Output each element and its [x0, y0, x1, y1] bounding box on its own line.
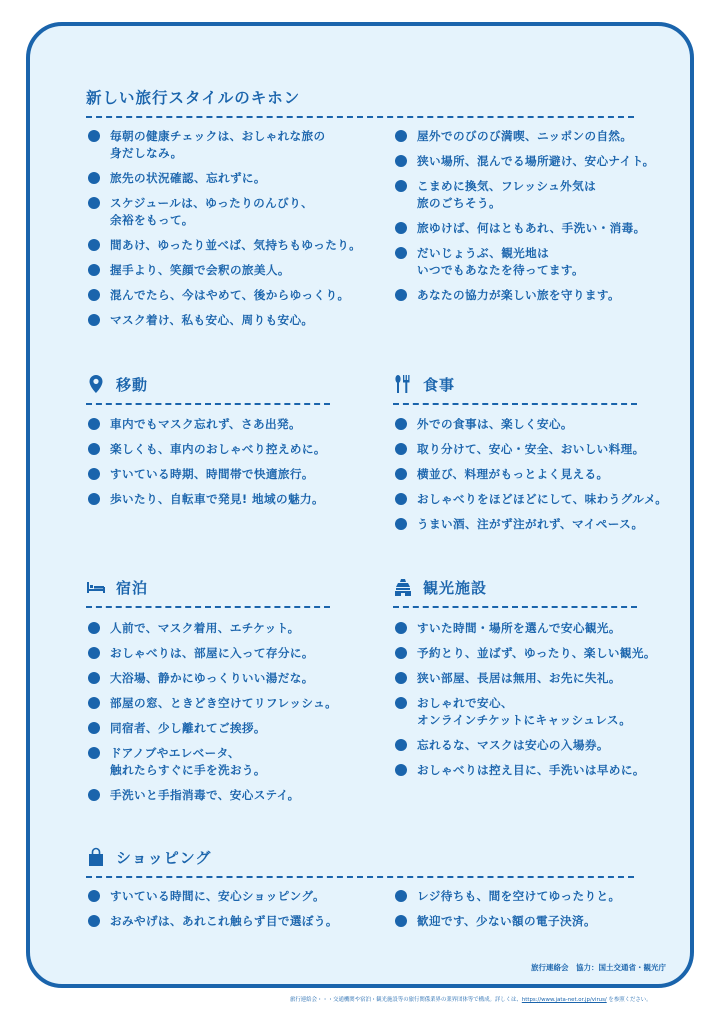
- item-text: おしゃべりは控え目に、手洗いは早めに。: [417, 763, 645, 777]
- item-text: 取り分けて、安心・安全、おいしい料理。: [417, 442, 645, 456]
- bullet-icon: [88, 443, 100, 455]
- item-text: おしゃべりをほどほどにして、味わうグルメ。: [417, 492, 667, 506]
- bullet-icon: [88, 130, 100, 142]
- item-text: 歩いたり、自転車で発見! 地域の魅力。: [110, 492, 324, 506]
- list-item: スケジュールは、ゆったりのんびり、 余裕をもって。: [86, 195, 386, 229]
- dashed-divider: [86, 606, 330, 608]
- list-item: 大浴場、静かにゆっくりいい湯だな。: [86, 670, 376, 687]
- item-text: すいている時期、時間帯で快適旅行。: [110, 467, 314, 481]
- bullet-icon: [395, 468, 407, 480]
- item-text: マスク着け、私も安心、周りも安心。: [110, 313, 313, 327]
- section-lodging: 宿泊: [86, 574, 330, 608]
- list-item: すいている時期、時間帯で快適旅行。: [86, 466, 376, 483]
- list-item: あなたの協力が楽しい旅を守ります。: [393, 287, 693, 304]
- footer-link[interactable]: https://www.jata-net.or.jp/virus/: [522, 997, 607, 1003]
- list-item: こまめに換気、フレッシュ外気は 旅のごちそう。: [393, 178, 693, 212]
- basics-left-list: 毎朝の健康チェックは、おしゃれな旅の 身だしなみ。旅先の状況確認、忘れずに。スケ…: [86, 128, 386, 337]
- list-item: 取り分けて、安心・安全、おいしい料理。: [393, 441, 693, 458]
- list-item: おしゃれで安心、 オンラインチケットにキャッシュレス。: [393, 695, 693, 729]
- item-text: すいている時間に、安心ショッピング。: [110, 889, 325, 903]
- bullet-icon: [395, 890, 407, 902]
- list-item: 外での食事は、楽しく安心。: [393, 416, 693, 433]
- list-item: レジ待ちも、間を空けてゆったりと。: [393, 888, 693, 905]
- list-item: おしゃべりをほどほどにして、味わうグルメ。: [393, 491, 693, 508]
- list-item: 同宿者、少し離れてご挨拶。: [86, 720, 376, 737]
- shopping-left-list: すいている時間に、安心ショッピング。おみやげは、あれこれ触らず目で選ぼう。: [86, 888, 386, 938]
- bullet-icon: [88, 722, 100, 734]
- list-item: 混んでたら、今はやめて、後からゆっくり。: [86, 287, 386, 304]
- item-text: うまい酒、注がず注がれず、マイペース。: [417, 517, 644, 531]
- bullet-icon: [395, 443, 407, 455]
- item-text: おしゃれで安心、 オンラインチケットにキャッシュレス。: [417, 696, 631, 727]
- list-item: 旅ゆけば、何はともあれ、手洗い・消毒。: [393, 220, 693, 237]
- list-item: 車内でもマスク忘れず、さあ出発。: [86, 416, 376, 433]
- list-item: おみやげは、あれこれ触らず目で選ぼう。: [86, 913, 386, 930]
- lodging-list: 人前で、マスク着用、エチケット。おしゃべりは、部屋に入って存分に。大浴場、静かに…: [86, 620, 376, 812]
- dashed-divider: [86, 403, 330, 405]
- bullet-icon: [88, 622, 100, 634]
- transport-list: 車内でもマスク忘れず、さあ出発。楽しくも、車内のおしゃべり控えめに。すいている時…: [86, 416, 376, 516]
- bullet-icon: [395, 672, 407, 684]
- bullet-icon: [395, 247, 407, 259]
- section-title: 新しい旅行スタイルのキホン: [86, 84, 634, 110]
- item-text: すいた時間・場所を選んで安心観光。: [417, 621, 621, 635]
- list-item: 狭い部屋、長居は無用、お先に失礼。: [393, 670, 693, 687]
- bullet-icon: [395, 697, 407, 709]
- bullet-icon: [395, 518, 407, 530]
- item-text: 横並び、料理がもっとよく見える。: [417, 467, 608, 481]
- item-text: ドアノブやエレベータ、 触れたらすぐに手を洗おう。: [110, 746, 266, 777]
- list-item: すいている時間に、安心ショッピング。: [86, 888, 386, 905]
- section-title: 観光施設: [423, 577, 487, 598]
- list-item: すいた時間・場所を選んで安心観光。: [393, 620, 693, 637]
- bullet-icon: [88, 239, 100, 251]
- bullet-icon: [88, 418, 100, 430]
- item-text: 旅ゆけば、何はともあれ、手洗い・消毒。: [417, 221, 646, 235]
- item-text: 狭い部屋、長居は無用、お先に失礼。: [417, 671, 621, 685]
- section-sightseeing: 観光施設: [393, 574, 637, 608]
- item-text: 忘れるな、マスクは安心の入場券。: [417, 738, 609, 752]
- list-item: 人前で、マスク着用、エチケット。: [86, 620, 376, 637]
- bed-icon: [86, 577, 106, 597]
- bullet-icon: [395, 222, 407, 234]
- item-text: 大浴場、静かにゆっくりいい湯だな。: [110, 671, 314, 685]
- item-text: 間あけ、ゆったり並べば、気持ちもゆったり。: [110, 238, 361, 252]
- section-shopping: ショッピング: [86, 844, 634, 878]
- bullet-icon: [395, 622, 407, 634]
- dashed-divider: [393, 606, 637, 608]
- item-text: 人前で、マスク着用、エチケット。: [110, 621, 300, 635]
- section-basics: 新しい旅行スタイルのキホン: [86, 84, 634, 118]
- list-item: 歓迎です、少ない額の電子決済。: [393, 913, 693, 930]
- section-title: ショッピング: [116, 847, 211, 868]
- bullet-icon: [88, 172, 100, 184]
- list-item: 予約とり、並ばず、ゆったり、楽しい観光。: [393, 645, 693, 662]
- bullet-icon: [395, 739, 407, 751]
- item-text: 狭い場所、混んでる場所避け、安心ナイト。: [417, 154, 655, 168]
- bullet-icon: [395, 418, 407, 430]
- bullet-icon: [395, 180, 407, 192]
- bullet-icon: [88, 890, 100, 902]
- footer-text-end: を参照ください。: [607, 997, 652, 1003]
- dashed-divider: [393, 403, 637, 405]
- list-item: だいじょうぶ、観光地は いつでもあなたを待ってます。: [393, 245, 693, 279]
- item-text: 車内でもマスク忘れず、さあ出発。: [110, 417, 301, 431]
- list-item: 歩いたり、自転車で発見! 地域の魅力。: [86, 491, 376, 508]
- bullet-icon: [88, 672, 100, 684]
- bullet-icon: [395, 289, 407, 301]
- list-item: 忘れるな、マスクは安心の入場券。: [393, 737, 693, 754]
- section-transport: 移動: [86, 371, 330, 405]
- list-item: 間あけ、ゆったり並べば、気持ちもゆったり。: [86, 237, 386, 254]
- footer-text: 旅行連絡会・・・交通機関や宿泊・観光施設等の旅行関係業界の業界団体等で構成。詳し…: [290, 997, 522, 1003]
- castle-icon: [393, 577, 413, 597]
- item-text: レジ待ちも、間を空けてゆったりと。: [417, 889, 621, 903]
- item-text: 混んでたら、今はやめて、後からゆっくり。: [110, 288, 350, 302]
- bullet-icon: [395, 647, 407, 659]
- list-item: 楽しくも、車内のおしゃべり控えめに。: [86, 441, 376, 458]
- item-text: 握手より、笑顔で会釈の旅美人。: [110, 263, 290, 277]
- item-text: 毎朝の健康チェックは、おしゃれな旅の 身だしなみ。: [110, 129, 326, 160]
- bullet-icon: [88, 493, 100, 505]
- item-text: 外での食事は、楽しく安心。: [417, 417, 573, 431]
- bullet-icon: [88, 314, 100, 326]
- item-text: 歓迎です、少ない額の電子決済。: [417, 914, 596, 928]
- shopping-right-list: レジ待ちも、間を空けてゆったりと。歓迎です、少ない額の電子決済。: [393, 888, 693, 938]
- bullet-icon: [395, 155, 407, 167]
- list-item: 部屋の窓、ときどき空けてリフレッシュ。: [86, 695, 376, 712]
- item-text: だいじょうぶ、観光地は いつでもあなたを待ってます。: [417, 246, 584, 277]
- list-item: 毎朝の健康チェックは、おしゃれな旅の 身だしなみ。: [86, 128, 386, 162]
- section-title: 宿泊: [116, 577, 148, 598]
- bullet-icon: [88, 789, 100, 801]
- dining-list: 外での食事は、楽しく安心。取り分けて、安心・安全、おいしい料理。横並び、料理がも…: [393, 416, 693, 541]
- item-text: 楽しくも、車内のおしゃべり控えめに。: [110, 442, 326, 456]
- section-title: 食事: [423, 374, 455, 395]
- map-pin-icon: [86, 374, 106, 394]
- bullet-icon: [88, 264, 100, 276]
- item-text: おみやげは、あれこれ触らず目で選ぼう。: [110, 914, 338, 928]
- list-item: マスク着け、私も安心、周りも安心。: [86, 312, 386, 329]
- list-item: おしゃべりは、部屋に入って存分に。: [86, 645, 376, 662]
- bullet-icon: [395, 493, 407, 505]
- list-item: 屋外でのびのび満喫、ニッポンの自然。: [393, 128, 693, 145]
- fork-knife-icon: [393, 374, 413, 394]
- bullet-icon: [395, 764, 407, 776]
- bullet-icon: [88, 747, 100, 759]
- list-item: 狭い場所、混んでる場所避け、安心ナイト。: [393, 153, 693, 170]
- shopping-bag-icon: [86, 847, 106, 867]
- item-text: 予約とり、並ばず、ゆったり、楽しい観光。: [417, 646, 656, 660]
- bullet-icon: [395, 130, 407, 142]
- section-title: 移動: [116, 374, 148, 395]
- bullet-icon: [395, 915, 407, 927]
- bullet-icon: [88, 197, 100, 209]
- list-item: うまい酒、注がず注がれず、マイペース。: [393, 516, 693, 533]
- list-item: ドアノブやエレベータ、 触れたらすぐに手を洗おう。: [86, 745, 376, 779]
- bullet-icon: [88, 915, 100, 927]
- credit-text: 旅行連絡会 協力：国土交通省・観光庁: [531, 962, 666, 973]
- list-item: おしゃべりは控え目に、手洗いは早めに。: [393, 762, 693, 779]
- item-text: スケジュールは、ゆったりのんびり、 余裕をもって。: [110, 196, 313, 227]
- item-text: 屋外でのびのび満喫、ニッポンの自然。: [417, 129, 632, 143]
- sightseeing-list: すいた時間・場所を選んで安心観光。予約とり、並ばず、ゆったり、楽しい観光。狭い部…: [393, 620, 693, 787]
- bullet-icon: [88, 468, 100, 480]
- dashed-divider: [86, 116, 634, 118]
- list-item: 横並び、料理がもっとよく見える。: [393, 466, 693, 483]
- item-text: 旅先の状況確認、忘れずに。: [110, 171, 266, 185]
- bullet-icon: [88, 289, 100, 301]
- bullet-icon: [88, 697, 100, 709]
- footer-note: 旅行連絡会・・・交通機関や宿泊・観光施設等の旅行関係業界の業界団体等で構成。詳し…: [290, 995, 652, 1003]
- item-text: おしゃべりは、部屋に入って存分に。: [110, 646, 314, 660]
- item-text: 同宿者、少し離れてご挨拶。: [110, 721, 266, 735]
- item-text: こまめに換気、フレッシュ外気は 旅のごちそう。: [417, 179, 596, 210]
- item-text: 手洗いと手指消毒で、安心ステイ。: [110, 788, 300, 802]
- item-text: 部屋の窓、ときどき空けてリフレッシュ。: [110, 696, 337, 710]
- item-text: あなたの協力が楽しい旅を守ります。: [417, 288, 620, 302]
- list-item: 手洗いと手指消毒で、安心ステイ。: [86, 787, 376, 804]
- section-dining: 食事: [393, 371, 637, 405]
- bullet-icon: [88, 647, 100, 659]
- dashed-divider: [86, 876, 634, 878]
- list-item: 旅先の状況確認、忘れずに。: [86, 170, 386, 187]
- basics-right-list: 屋外でのびのび満喫、ニッポンの自然。狭い場所、混んでる場所避け、安心ナイト。こま…: [393, 128, 693, 312]
- list-item: 握手より、笑顔で会釈の旅美人。: [86, 262, 386, 279]
